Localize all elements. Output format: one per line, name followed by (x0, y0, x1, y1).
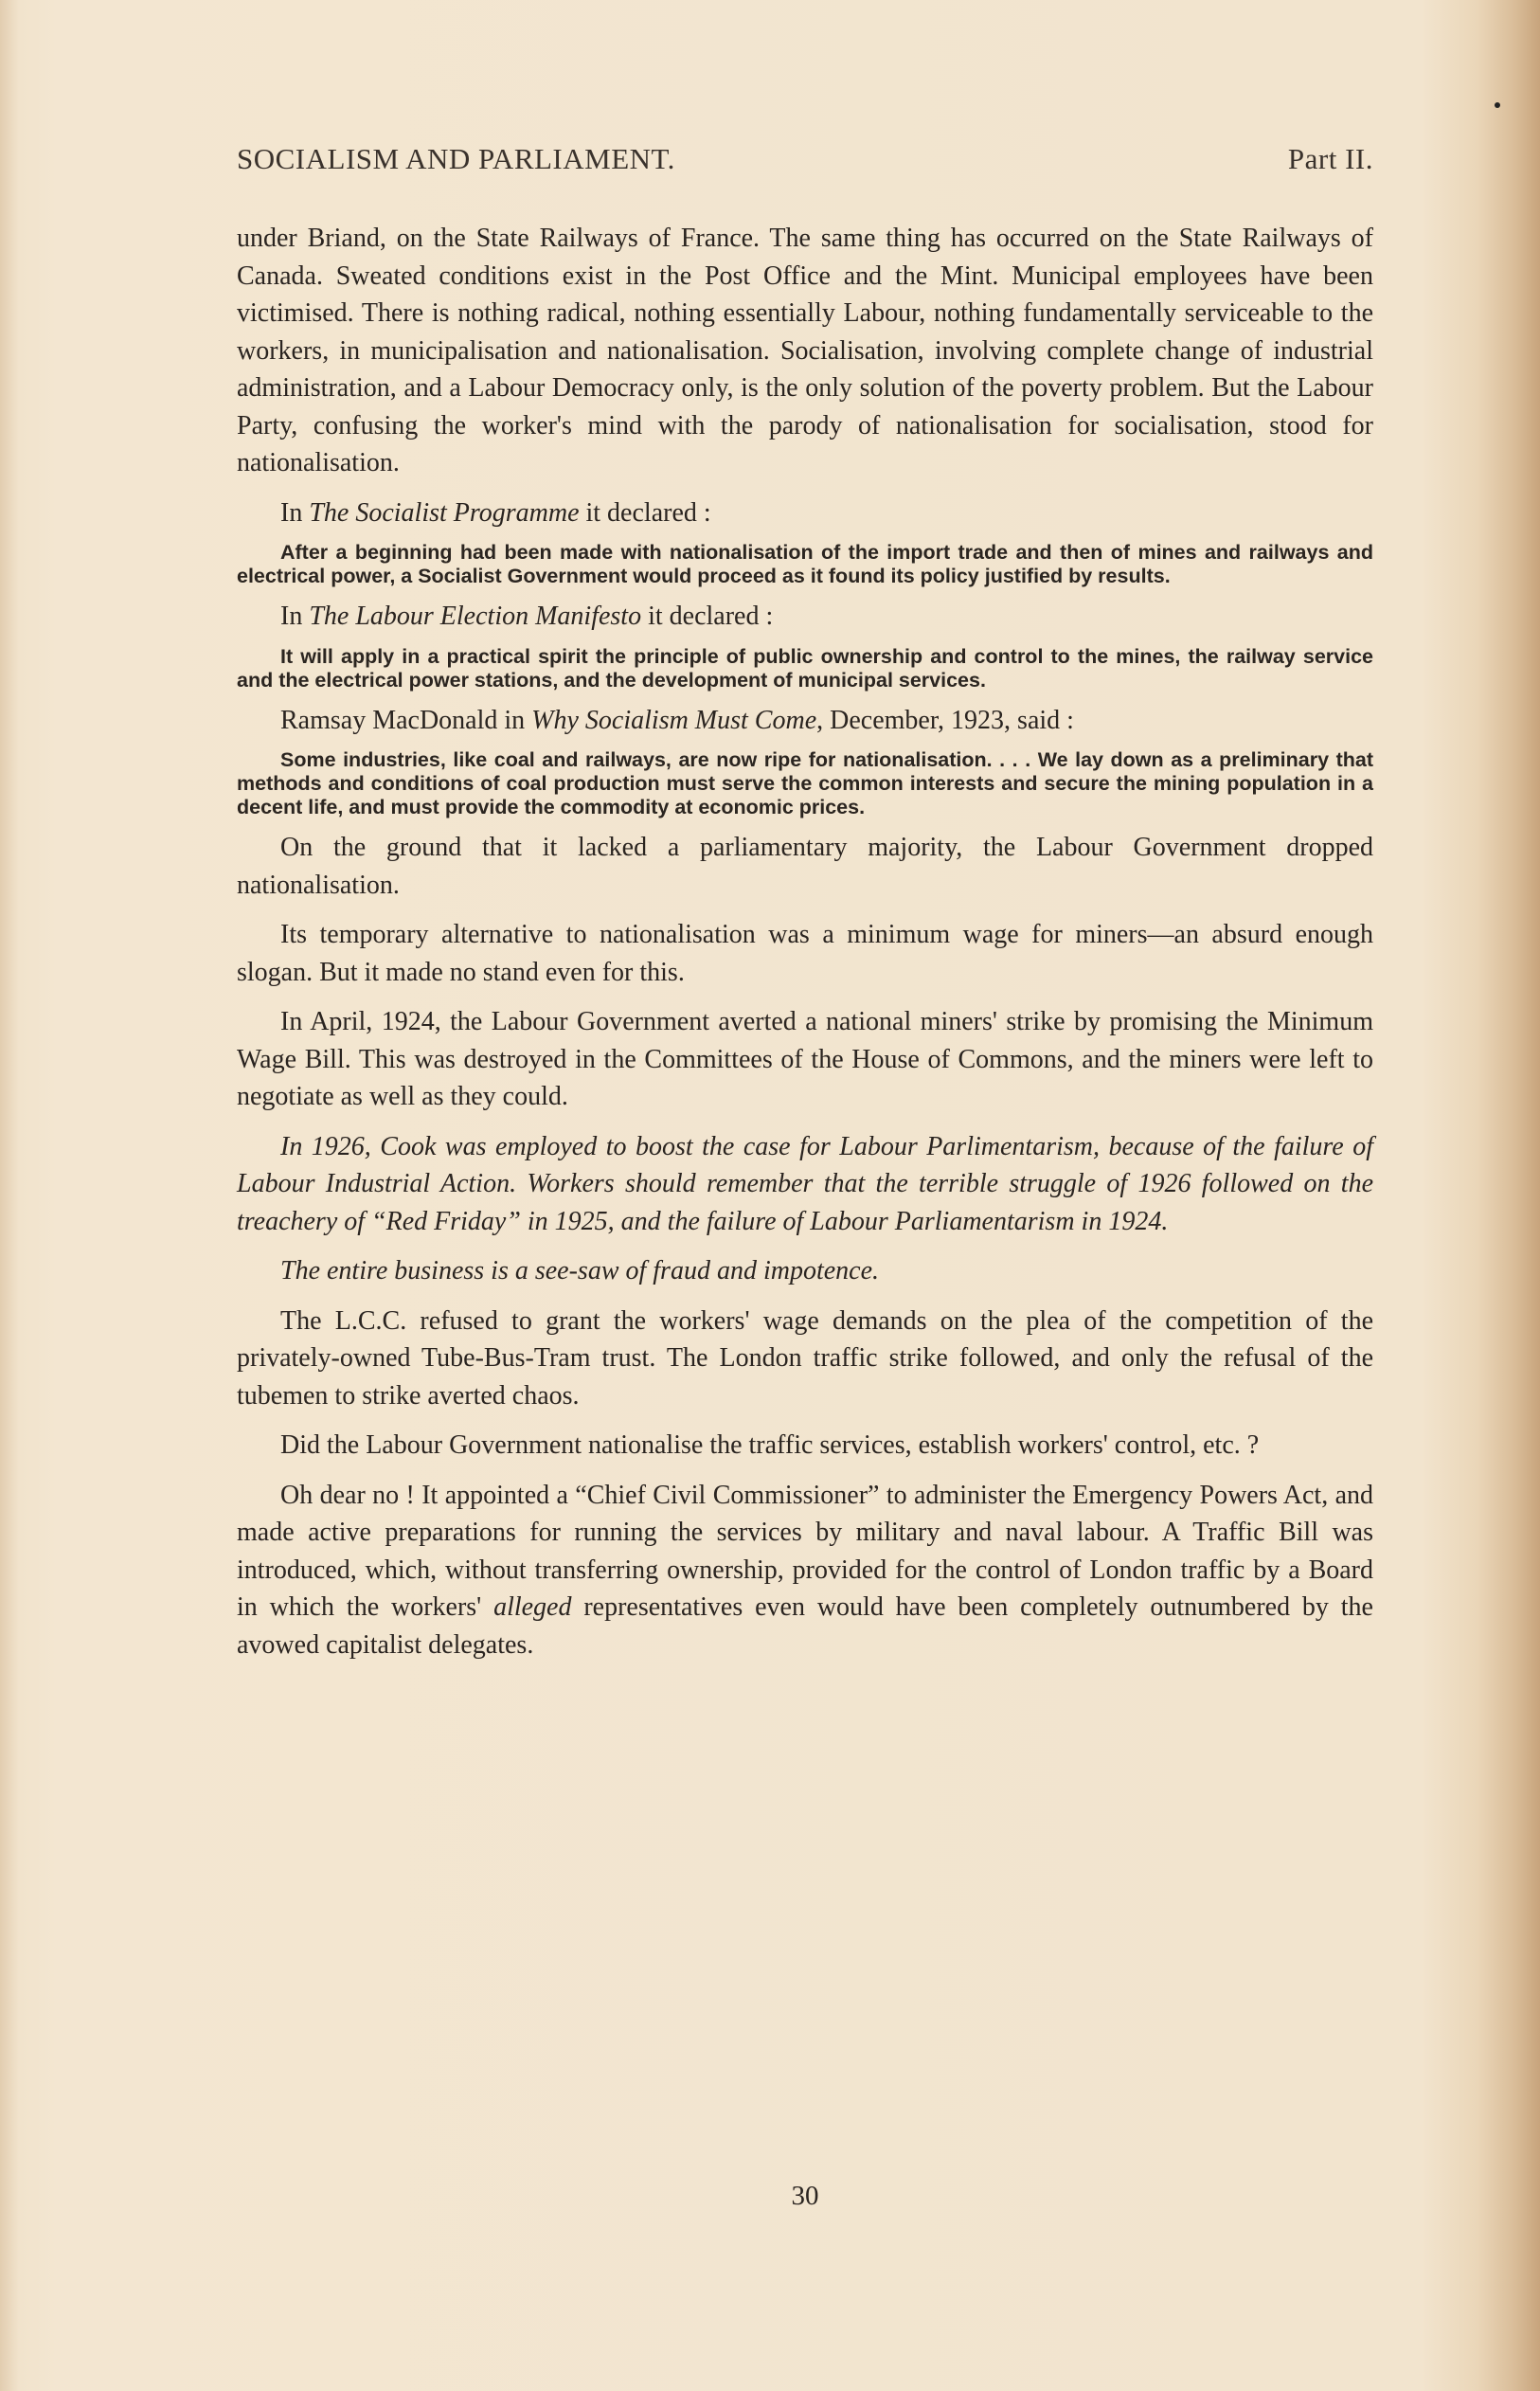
ink-speck (1495, 102, 1500, 108)
text: In (280, 602, 309, 631)
text: Ramsay MacDonald in (280, 706, 531, 735)
paragraph: In The Labour Election Manifesto it decl… (237, 598, 1373, 636)
emphasis: alleged (493, 1592, 571, 1622)
text: it declared : (580, 498, 711, 528)
book-title: The Labour Election Manifesto (309, 602, 641, 631)
paragraph: The L.C.C. refused to grant the workers'… (237, 1303, 1373, 1415)
italic-text: In 1926, Cook was employed to boost the … (237, 1132, 1373, 1236)
page-body: under Briand, on the State Railways of F… (237, 220, 1373, 1663)
paragraph: Did the Labour Government nationalise th… (237, 1427, 1373, 1465)
text: , December, 1923, said : (816, 706, 1074, 735)
block-quote: It will apply in a practical spirit the … (237, 645, 1373, 692)
text: In (280, 498, 309, 528)
paragraph: In The Socialist Programme it declared : (237, 494, 1373, 532)
italic-text: The entire business is a see-saw of frau… (280, 1256, 879, 1285)
paragraph: In April, 1924, the Labour Government av… (237, 1003, 1373, 1116)
running-title: SOCIALISM AND PARLIAMENT. (237, 142, 675, 176)
part-label: Part II. (1288, 142, 1373, 176)
block-quote: Some industries, like coal and railways,… (237, 748, 1373, 819)
paragraph: On the ground that it lacked a parliamen… (237, 829, 1373, 904)
paragraph: Oh dear no ! It appointed a “Chief Civil… (237, 1477, 1373, 1664)
paragraph: under Briand, on the State Railways of F… (237, 220, 1373, 482)
paragraph: Its temporary alternative to nationalisa… (237, 916, 1373, 991)
block-quote: After a beginning had been made with nat… (237, 541, 1373, 588)
page-number: 30 (237, 2181, 1373, 2212)
book-title: Why Socialism Must Come (531, 706, 816, 735)
text: it declared : (641, 602, 773, 631)
paragraph: Ramsay MacDonald in Why Socialism Must C… (237, 702, 1373, 740)
running-header: SOCIALISM AND PARLIAMENT. Part II. (237, 142, 1373, 176)
book-title: The Socialist Programme (309, 498, 579, 528)
paragraph-italic: In 1926, Cook was employed to boost the … (237, 1128, 1373, 1241)
paragraph-italic: The entire business is a see-saw of frau… (237, 1252, 1373, 1290)
